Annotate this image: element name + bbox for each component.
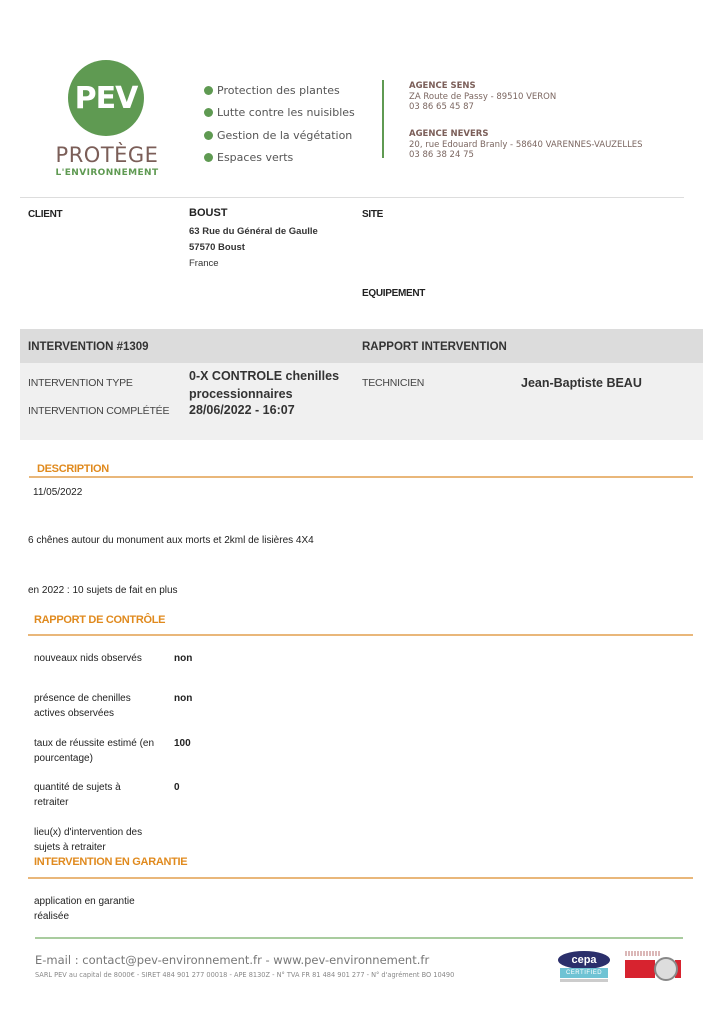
client-label: CLIENT (28, 209, 62, 220)
logo-monogram: PEV (68, 60, 144, 136)
service-item: Espaces verts (204, 147, 355, 170)
description-separator (29, 476, 693, 478)
header-separator (20, 197, 684, 198)
bullet-icon (204, 131, 213, 140)
service-item: Gestion de la végétation (204, 124, 355, 147)
control-report-title: RAPPORT DE CONTRÔLE (34, 614, 165, 626)
certification-seal-badge (623, 951, 683, 985)
control-row-value: non (174, 653, 192, 664)
cepa-certified-badge: cepa CERTIFIED (556, 951, 612, 985)
logo-tagline: L'ENVIRONNEMENT (52, 168, 162, 178)
description-text: 6 chênes autour du monument aux morts et… (28, 535, 314, 546)
footer-legal: SARL PEV au capital de 8000€ - SIRET 484… (35, 971, 454, 979)
description-title: DESCRIPTION (37, 463, 109, 475)
logo-wordmark: PROTÈGE (52, 143, 162, 167)
bullet-icon (204, 153, 213, 162)
control-row-label: nouveaux nids observés (34, 651, 174, 666)
intervention-completed-value: 28/06/2022 - 16:07 (189, 403, 295, 417)
technician-label: TECHNICIEN (362, 377, 424, 389)
description-note: en 2022 : 10 sujets de fait en plus (28, 585, 178, 596)
control-row-value: 0 (174, 782, 180, 793)
control-row-label: quantité de sujets à retraiter (34, 780, 154, 810)
service-item: Protection des plantes (204, 79, 355, 102)
intervention-type-label: INTERVENTION TYPE (28, 377, 133, 389)
client-name: BOUST (189, 207, 228, 219)
bullet-icon (204, 86, 213, 95)
client-address: 63 Rue du Général de Gaulle 57570 Boust … (189, 224, 318, 272)
cepa-logo-icon: cepa (558, 951, 610, 969)
warranty-separator (28, 877, 693, 879)
site-label: SITE (362, 209, 383, 220)
intervention-title: INTERVENTION #1309 (28, 341, 149, 353)
agency-sens: AGENCE SENS ZA Route de Passy - 89510 VE… (409, 81, 556, 113)
description-date: 11/05/2022 (33, 487, 82, 498)
agency-nevers: AGENCE NEVERS 20, rue Edouard Branly - 5… (409, 129, 643, 161)
warranty-title: INTERVENTION EN GARANTIE (34, 856, 187, 868)
technician-value: Jean-Baptiste BEAU (521, 376, 642, 390)
header-divider (382, 80, 384, 158)
control-report-separator (28, 634, 693, 636)
certification-seal-icon (654, 957, 678, 981)
equipment-label: EQUIPEMENT (362, 288, 425, 299)
control-row-value: 100 (174, 738, 191, 749)
control-row-label: taux de réussite estimé (en pourcentage) (34, 736, 174, 766)
intervention-body (20, 363, 703, 440)
control-row-label: lieu(x) d'intervention des sujets à retr… (34, 825, 169, 855)
footer-contact: E-mail : contact@pev-environnement.fr - … (35, 953, 429, 967)
footer-separator (35, 937, 683, 939)
report-title: RAPPORT INTERVENTION (362, 341, 507, 353)
control-row-label: présence de chenilles actives observées (34, 691, 164, 721)
warranty-row-label: application en garantie réalisée (34, 894, 154, 924)
intervention-type-value: 0-X CONTROLE chenilles processionnaires (189, 367, 339, 403)
services-list: Protection des plantes Lutte contre les … (204, 79, 355, 169)
intervention-completed-label: INTERVENTION COMPLÉTÉE (28, 405, 169, 417)
service-item: Lutte contre les nuisibles (204, 102, 355, 125)
control-row-value: non (174, 693, 192, 704)
bullet-icon (204, 108, 213, 117)
